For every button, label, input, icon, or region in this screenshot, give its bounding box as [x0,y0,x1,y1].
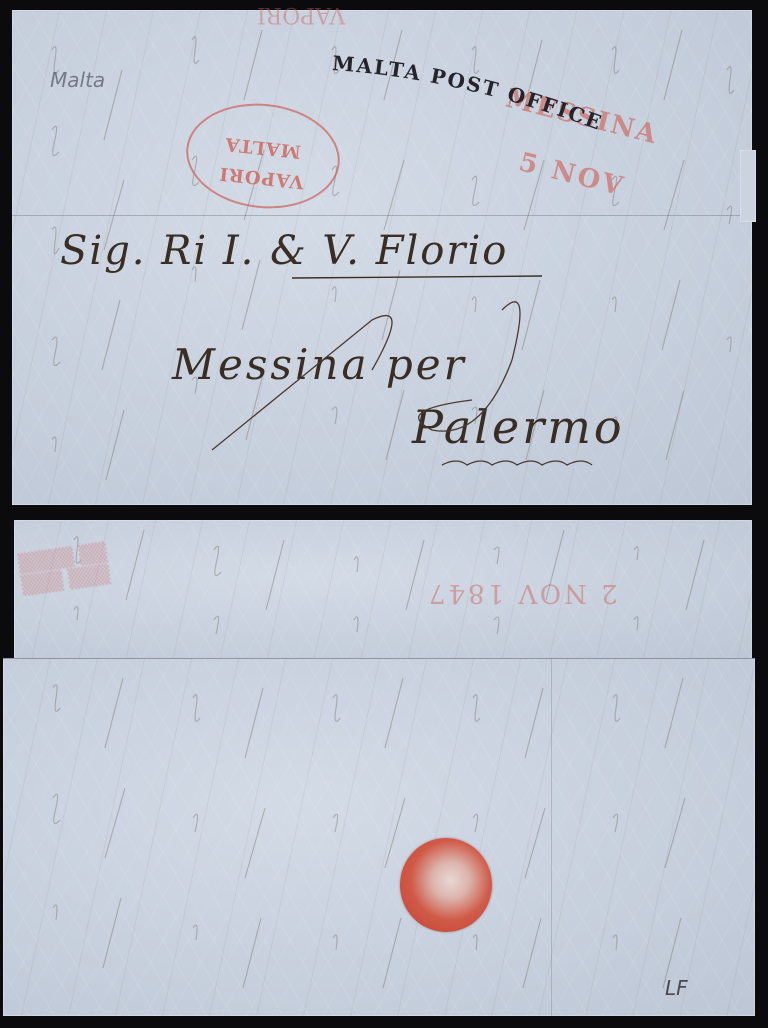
fold-line [12,215,752,216]
oval-handstamp-line2: MALTA [224,133,302,162]
cover-back: LF [3,658,755,1016]
oval-handstamp-line1: VAPORI [218,163,305,193]
red-wax-seal [400,838,492,932]
fold-line [3,658,755,659]
black-handstamp: MALTA POST OFFICE [312,40,692,190]
left-red-transit-marking: ▒▒▒▒ ▒▒▒▒▒ ▒▒▒ [17,542,111,598]
transit-red-handstamp: 2 NOV 1847 [426,578,618,608]
background-letter-writing [3,658,755,1016]
pencil-note: Malta [50,68,105,92]
cover-back-flap: ▒▒▒▒ ▒▒▒▒▒ ▒▒▒ 2 NOV 1847 [14,520,752,660]
pencil-initials: LF [665,976,688,1000]
cover-front: VAPORI Malta VAPORI MALTA MESSINA 5 NOV … [12,10,752,505]
svg-text:MALTA POST OFFICE: MALTA POST OFFICE [332,51,607,135]
address-flourish [172,290,692,490]
background-letter-writing [14,520,752,660]
address-underline [292,272,552,284]
top-partial-red-marking: VAPORI [257,2,345,27]
cover-front-edge-flap [740,150,756,222]
vertical-fold-line [551,658,552,1016]
address-line1: Sig. Ri I. & V. Florio [60,228,508,274]
left-red-marking-text: ▒▒▒▒ ▒▒▒▒▒ ▒▒▒ [17,542,111,597]
malta-post-office-text: MALTA POST OFFICE [332,51,607,135]
